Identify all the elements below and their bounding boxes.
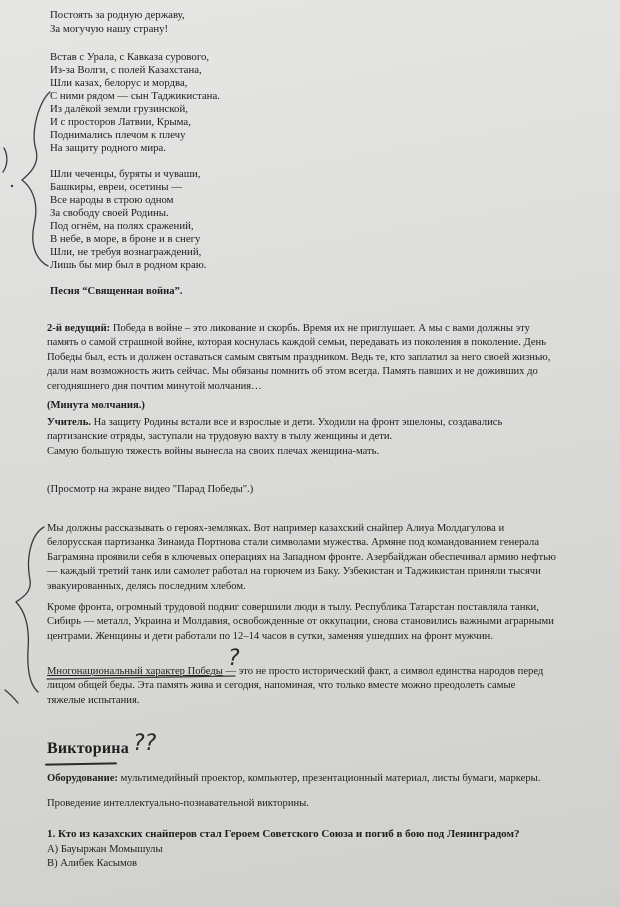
handwritten-question-mark: ? [228,646,240,671]
poem-line: Шли казах, белорус и мордва, [50,77,187,90]
host2-paragraph: 2-й ведущий: Победа в войне – это ликова… [47,322,607,394]
heroes-text: эвакуированных, делясь последним хлебом. [47,580,607,594]
handwritten-question-marks: ?? [133,731,156,756]
poem-line: Из-за Волги, с полей Казахстана, [50,64,202,77]
teacher-text: партизанские отряды, заступали на трудов… [47,430,607,444]
host2-text: память о самой страшной войне, которая к… [47,336,607,350]
document-page: Постоять за родную державу, За могучую н… [0,0,620,907]
heroes-text: белорусская партизанка Зинаида Портнова … [47,536,607,550]
song-title: Песня “Священная война”. [50,285,182,298]
poem-line: На защиту родного мира. [50,142,166,155]
teacher-text: На защиту Родины встали все и взрослые и… [91,417,502,428]
poem-line: Шли, не требуя вознаграждений, [50,246,201,259]
teacher-label: Учитель. [47,417,91,428]
homefront-text: центрами. Женщины и дети работали по 12–… [47,630,607,644]
host2-text: сегодняшнего дня почтим минутой молчания… [47,380,607,394]
poem-line: Постоять за родную державу, [50,9,185,22]
poem-line: В небе, в море, в броне и в снегу [50,233,200,246]
minute-silence-note: (Минута молчания.) [47,399,145,412]
quiz-title: Викторина [47,740,129,758]
teacher-text: Самую большую тяжесть войны вынесла на с… [47,445,607,459]
quiz-question-1: 1. Кто из казахских снайперов стал Герое… [47,828,519,841]
video-note: (Просмотр на экране видео "Парад Победы"… [47,483,253,496]
heroes-text: Баграмяна проявили себя в ключевых опера… [47,551,607,565]
teacher-paragraph: Учитель. На защиту Родины встали все и в… [47,416,607,459]
poem-line: Все народы в строю одном [50,194,174,207]
poem-line: Лишь бы мир был в родном краю. [50,259,207,272]
multinational-text: — это не просто исторический факт, а сим… [223,666,543,677]
quiz-answer-a: А) Бауыржан Момышулы [47,843,163,856]
heroes-text: Мы должны рассказывать о героях-земляках… [47,522,607,536]
quiz-answer-b: В) Алибек Касымов [47,857,137,870]
multinational-text: лицом общей беды. Эта память жива и сего… [47,679,607,693]
homefront-text: Кроме фронта, огромный трудовой подвиг с… [47,601,607,615]
host2-text: Победы был, есть и должен оставаться сам… [47,351,607,365]
heroes-text: — каждый третий танк или самолет работал… [47,565,607,579]
handwritten-underline [45,762,117,765]
bracket-heroes [16,527,44,692]
homefront-paragraph: Кроме фронта, огромный трудовой подвиг с… [47,601,607,644]
host2-text: Победа в войне – это ликование и скорбь.… [110,323,530,334]
poem-line: И с просторов Латвии, Крыма, [50,116,191,129]
equipment-text: мультимедийный проектор, компьютер, през… [118,773,540,784]
host2-text: дали нам возможность жить сейчас. Мы обя… [47,365,607,379]
poem-line: Поднимались плечом к плечу [50,129,185,142]
poem-line: Из далёкой земли грузинской, [50,103,188,116]
poem-line: Встав с Урала, с Кавказа сурового, [50,51,209,64]
multinational-lead: Многонациональный характер Победы [47,666,223,677]
host2-label: 2-й ведущий: [47,323,110,334]
equipment-label: Оборудование: [47,773,118,784]
poem-line: За могучую нашу страну! [50,23,168,36]
poem-line: За свободу своей Родины. [50,207,169,220]
homefront-text: Сибирь — металл, Украина и Молдавия, осв… [47,615,607,629]
multinational-paragraph: Многонациональный характер Победы — это … [47,665,607,708]
poem-line: Башкиры, евреи, осетины — [50,181,182,194]
poem-line: Под огнём, на полях сражений, [50,220,194,233]
bracket-poem [22,92,50,266]
multinational-text: тяжелые испытания. [47,694,607,708]
quiz-conduct: Проведение интеллектуально-познавательно… [47,797,309,810]
poem-line: Шли чеченцы, буряты и чуваши, [50,168,201,181]
heroes-paragraph: Мы должны рассказывать о героях-земляках… [47,522,607,594]
poem-line: С ними рядом — сын Таджикистана. [50,90,220,103]
quiz-equipment: Оборудование: мультимедийный проектор, к… [47,772,540,785]
